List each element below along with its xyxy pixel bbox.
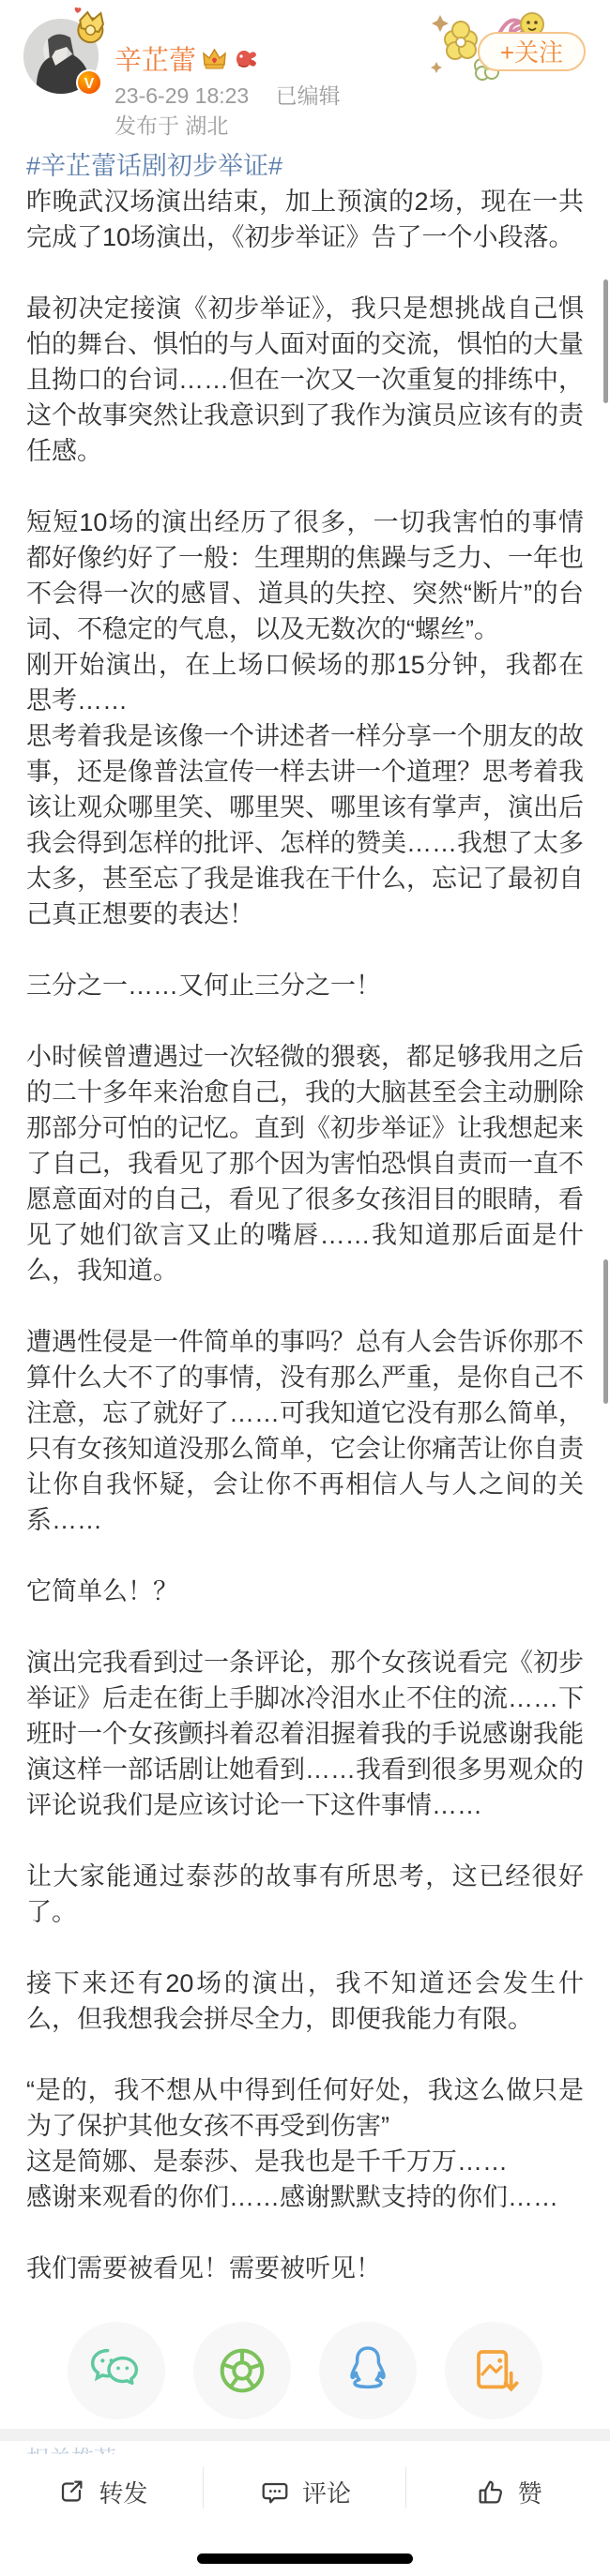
post-paragraph: “是的，我不想从中得到任何好处，我这么做只是为了保护其他女孩不再受到伤害” <box>26 2072 584 2144</box>
post-paragraph: 三分之一……又何止三分之一！ <box>26 968 584 1003</box>
post-meta: 23-6-29 18:23 已编辑 <box>114 79 341 110</box>
repost-label: 转发 <box>99 2475 147 2509</box>
post-paragraph <box>26 469 584 505</box>
crown-sticker-icon <box>69 8 112 47</box>
location-label: 发布于 湖北 <box>114 109 228 140</box>
timestamp: 23-6-29 18:23 <box>114 83 249 108</box>
qq-icon <box>338 2341 398 2401</box>
vip-crown-icon <box>202 46 227 71</box>
like-label: 赞 <box>518 2475 542 2509</box>
post-paragraph: 它简单么！？ <box>26 1574 584 1609</box>
post-paragraph <box>26 1823 584 1859</box>
repost-button[interactable]: 转发 <box>0 2462 204 2522</box>
post-paragraph <box>26 932 584 968</box>
post-paragraph: 遭遇性侵是一件简单的事吗？总有人会告诉你那不算什么大不了的事情，没有那么严重，是… <box>26 1324 584 1538</box>
share-moments-button[interactable] <box>193 2322 291 2419</box>
post-paragraph: 接下来还有20场的演出，我不知道还会发生什么，但我想我会拼尽全力，即便我能力有限… <box>26 1966 584 2037</box>
comment-button[interactable]: 评论 <box>204 2462 407 2522</box>
post-paragraph: 刚开始演出，在上场口候场的那15分钟，我都在思考…… <box>26 647 584 718</box>
post-paragraph <box>26 2037 584 2072</box>
post-paragraph <box>26 1930 584 1966</box>
post-body: #辛芷蕾话剧初步举证# 昨晚武汉场演出结束，加上预演的2场，现在一共完成了10场… <box>26 141 584 2286</box>
post-paragraph <box>26 1288 584 1324</box>
post-paragraphs: 昨晚武汉场演出结束，加上预演的2场，现在一共完成了10场演出，《初步举证》告了一… <box>26 184 584 2286</box>
comment-icon <box>259 2476 291 2508</box>
home-indicator[interactable] <box>197 2553 413 2564</box>
post-paragraph <box>26 1538 584 1574</box>
follow-button[interactable]: +关注 <box>478 32 586 71</box>
post-paragraph: 思考着我是该像一个讲述者一样分享一个朋友的故事，还是像普法宣传一样去讲一个道理？… <box>26 718 584 932</box>
edited-label: 已编辑 <box>276 83 341 108</box>
avatar[interactable]: V <box>23 19 99 94</box>
bottom-action-bar: 转发 评论 赞 <box>0 2454 610 2576</box>
share-qq-button[interactable] <box>319 2322 417 2419</box>
post-paragraph: 小时候曾遭遇过一次轻微的猥亵，都足够我用之后的二十多年来治愈自己，我的大脑甚至会… <box>26 1039 584 1288</box>
post-paragraph: 我们需要被看见！需要被听见！ <box>26 2251 584 2286</box>
like-icon <box>475 2476 507 2508</box>
post-paragraph <box>26 255 584 291</box>
post-paragraph: 最初决定接演《初步举证》，我只是想挑战自己惧怕的舞台、惧怕的与人面对面的交流，惧… <box>26 291 584 469</box>
scrollbar-thumb[interactable] <box>603 1259 608 1404</box>
repost-icon <box>55 2476 87 2508</box>
post-header: V 辛芷蕾 23-6-29 18:23 已编辑 发布于 湖北 <box>0 0 610 141</box>
post-paragraph <box>26 1609 584 1645</box>
share-wechat-button[interactable] <box>68 2322 165 2419</box>
save-image-icon <box>464 2341 524 2401</box>
post-paragraph <box>26 2215 584 2251</box>
verified-badge: V <box>76 69 102 96</box>
hashtag-link[interactable]: #辛芷蕾话剧初步举证# <box>26 148 584 184</box>
wechat-icon <box>86 2341 146 2401</box>
action-divider <box>203 2467 204 2508</box>
red-koi-icon <box>233 46 258 71</box>
comment-label: 评论 <box>302 2475 351 2509</box>
post-paragraph: 这是简娜、是泰莎、是我也是千千万万…… <box>26 2144 584 2179</box>
share-save-image-button[interactable] <box>445 2322 542 2419</box>
post-paragraph: 昨晚武汉场演出结束，加上预演的2场，现在一共完成了10场演出，《初步举证》告了一… <box>26 184 584 255</box>
username[interactable]: 辛芷蕾 <box>114 39 196 78</box>
weibo-post-page: V 辛芷蕾 23-6-29 18:23 已编辑 发布于 湖北 <box>0 0 610 2576</box>
scrollbar-thumb[interactable] <box>603 279 608 403</box>
like-button[interactable]: 赞 <box>406 2462 610 2522</box>
post-paragraph <box>26 1003 584 1039</box>
share-sheet <box>0 2322 610 2421</box>
related-recommend-label: 相关推荐 <box>26 2440 116 2454</box>
moments-icon <box>212 2341 272 2401</box>
action-divider <box>405 2467 406 2508</box>
post-paragraph: 演出完我看到过一条评论，那个女孩说看完《初步举证》后走在街上手脚冰冷泪水止不住的… <box>26 1645 584 1823</box>
post-paragraph: 感谢来观看的你们……感谢默默支持的你们…… <box>26 2179 584 2215</box>
post-paragraph: 让大家能通过泰莎的故事有所思考，这已经很好了。 <box>26 1859 584 1930</box>
post-paragraph: 短短10场的演出经历了很多，一切我害怕的事情都好像约好了一般：生理期的焦躁与乏力… <box>26 505 584 647</box>
